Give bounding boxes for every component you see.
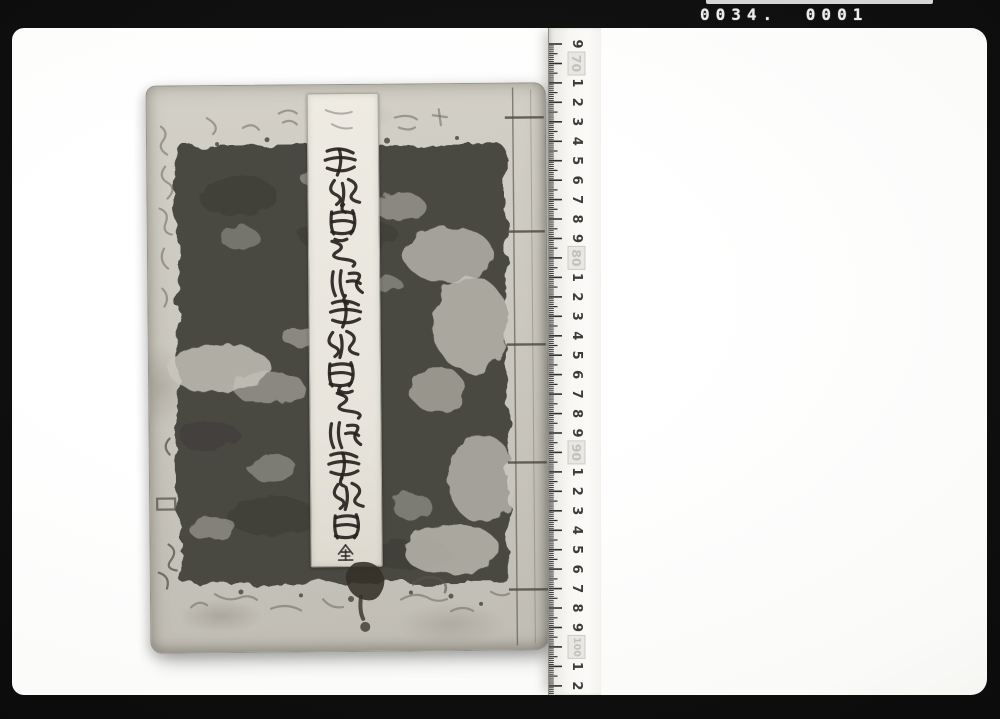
svg-text:4: 4 bbox=[569, 331, 584, 340]
svg-text:90: 90 bbox=[569, 444, 584, 462]
photo-area: 970123456789801234567899012345678910012 bbox=[12, 28, 987, 695]
svg-text:6: 6 bbox=[569, 565, 584, 574]
svg-text:2: 2 bbox=[569, 681, 584, 690]
svg-text:9: 9 bbox=[569, 39, 584, 48]
svg-text:80: 80 bbox=[569, 249, 584, 267]
svg-text:4: 4 bbox=[569, 526, 584, 535]
svg-text:3: 3 bbox=[569, 312, 584, 321]
binding-stitches bbox=[505, 87, 549, 645]
ruler-svg: 970123456789801234567899012345678910012 bbox=[549, 28, 601, 695]
svg-text:2: 2 bbox=[569, 292, 584, 301]
svg-text:6: 6 bbox=[569, 370, 584, 379]
frame-counter: 0034. 0001 bbox=[700, 5, 868, 24]
svg-text:7: 7 bbox=[569, 390, 584, 399]
svg-text:1: 1 bbox=[569, 273, 584, 282]
svg-text:7: 7 bbox=[569, 584, 584, 593]
svg-text:2: 2 bbox=[569, 98, 584, 107]
film-frame-edge bbox=[706, 0, 933, 4]
svg-text:9: 9 bbox=[569, 234, 584, 243]
svg-text:5: 5 bbox=[569, 351, 584, 360]
svg-text:70: 70 bbox=[569, 55, 584, 73]
ruler: 970123456789801234567899012345678910012 bbox=[548, 28, 601, 695]
svg-text:100: 100 bbox=[571, 637, 582, 657]
svg-text:8: 8 bbox=[569, 214, 584, 223]
film-frame: { "film_frame": { "counter_text": "0034.… bbox=[0, 0, 1000, 719]
svg-text:2: 2 bbox=[569, 487, 584, 496]
svg-text:1: 1 bbox=[569, 78, 584, 87]
svg-text:7: 7 bbox=[569, 195, 584, 204]
svg-text:1: 1 bbox=[569, 662, 584, 671]
svg-text:1: 1 bbox=[569, 467, 584, 476]
svg-text:6: 6 bbox=[569, 176, 584, 185]
svg-text:3: 3 bbox=[569, 117, 584, 126]
book-cover bbox=[146, 82, 551, 653]
svg-text:9: 9 bbox=[569, 623, 584, 632]
svg-text:9: 9 bbox=[569, 428, 584, 437]
title-calligraphy bbox=[308, 94, 382, 567]
svg-text:3: 3 bbox=[569, 506, 584, 515]
title-slip bbox=[307, 93, 383, 568]
svg-text:5: 5 bbox=[569, 156, 584, 165]
svg-text:8: 8 bbox=[569, 409, 584, 418]
svg-text:5: 5 bbox=[569, 545, 584, 554]
svg-text:4: 4 bbox=[569, 137, 584, 146]
svg-text:8: 8 bbox=[569, 603, 584, 612]
